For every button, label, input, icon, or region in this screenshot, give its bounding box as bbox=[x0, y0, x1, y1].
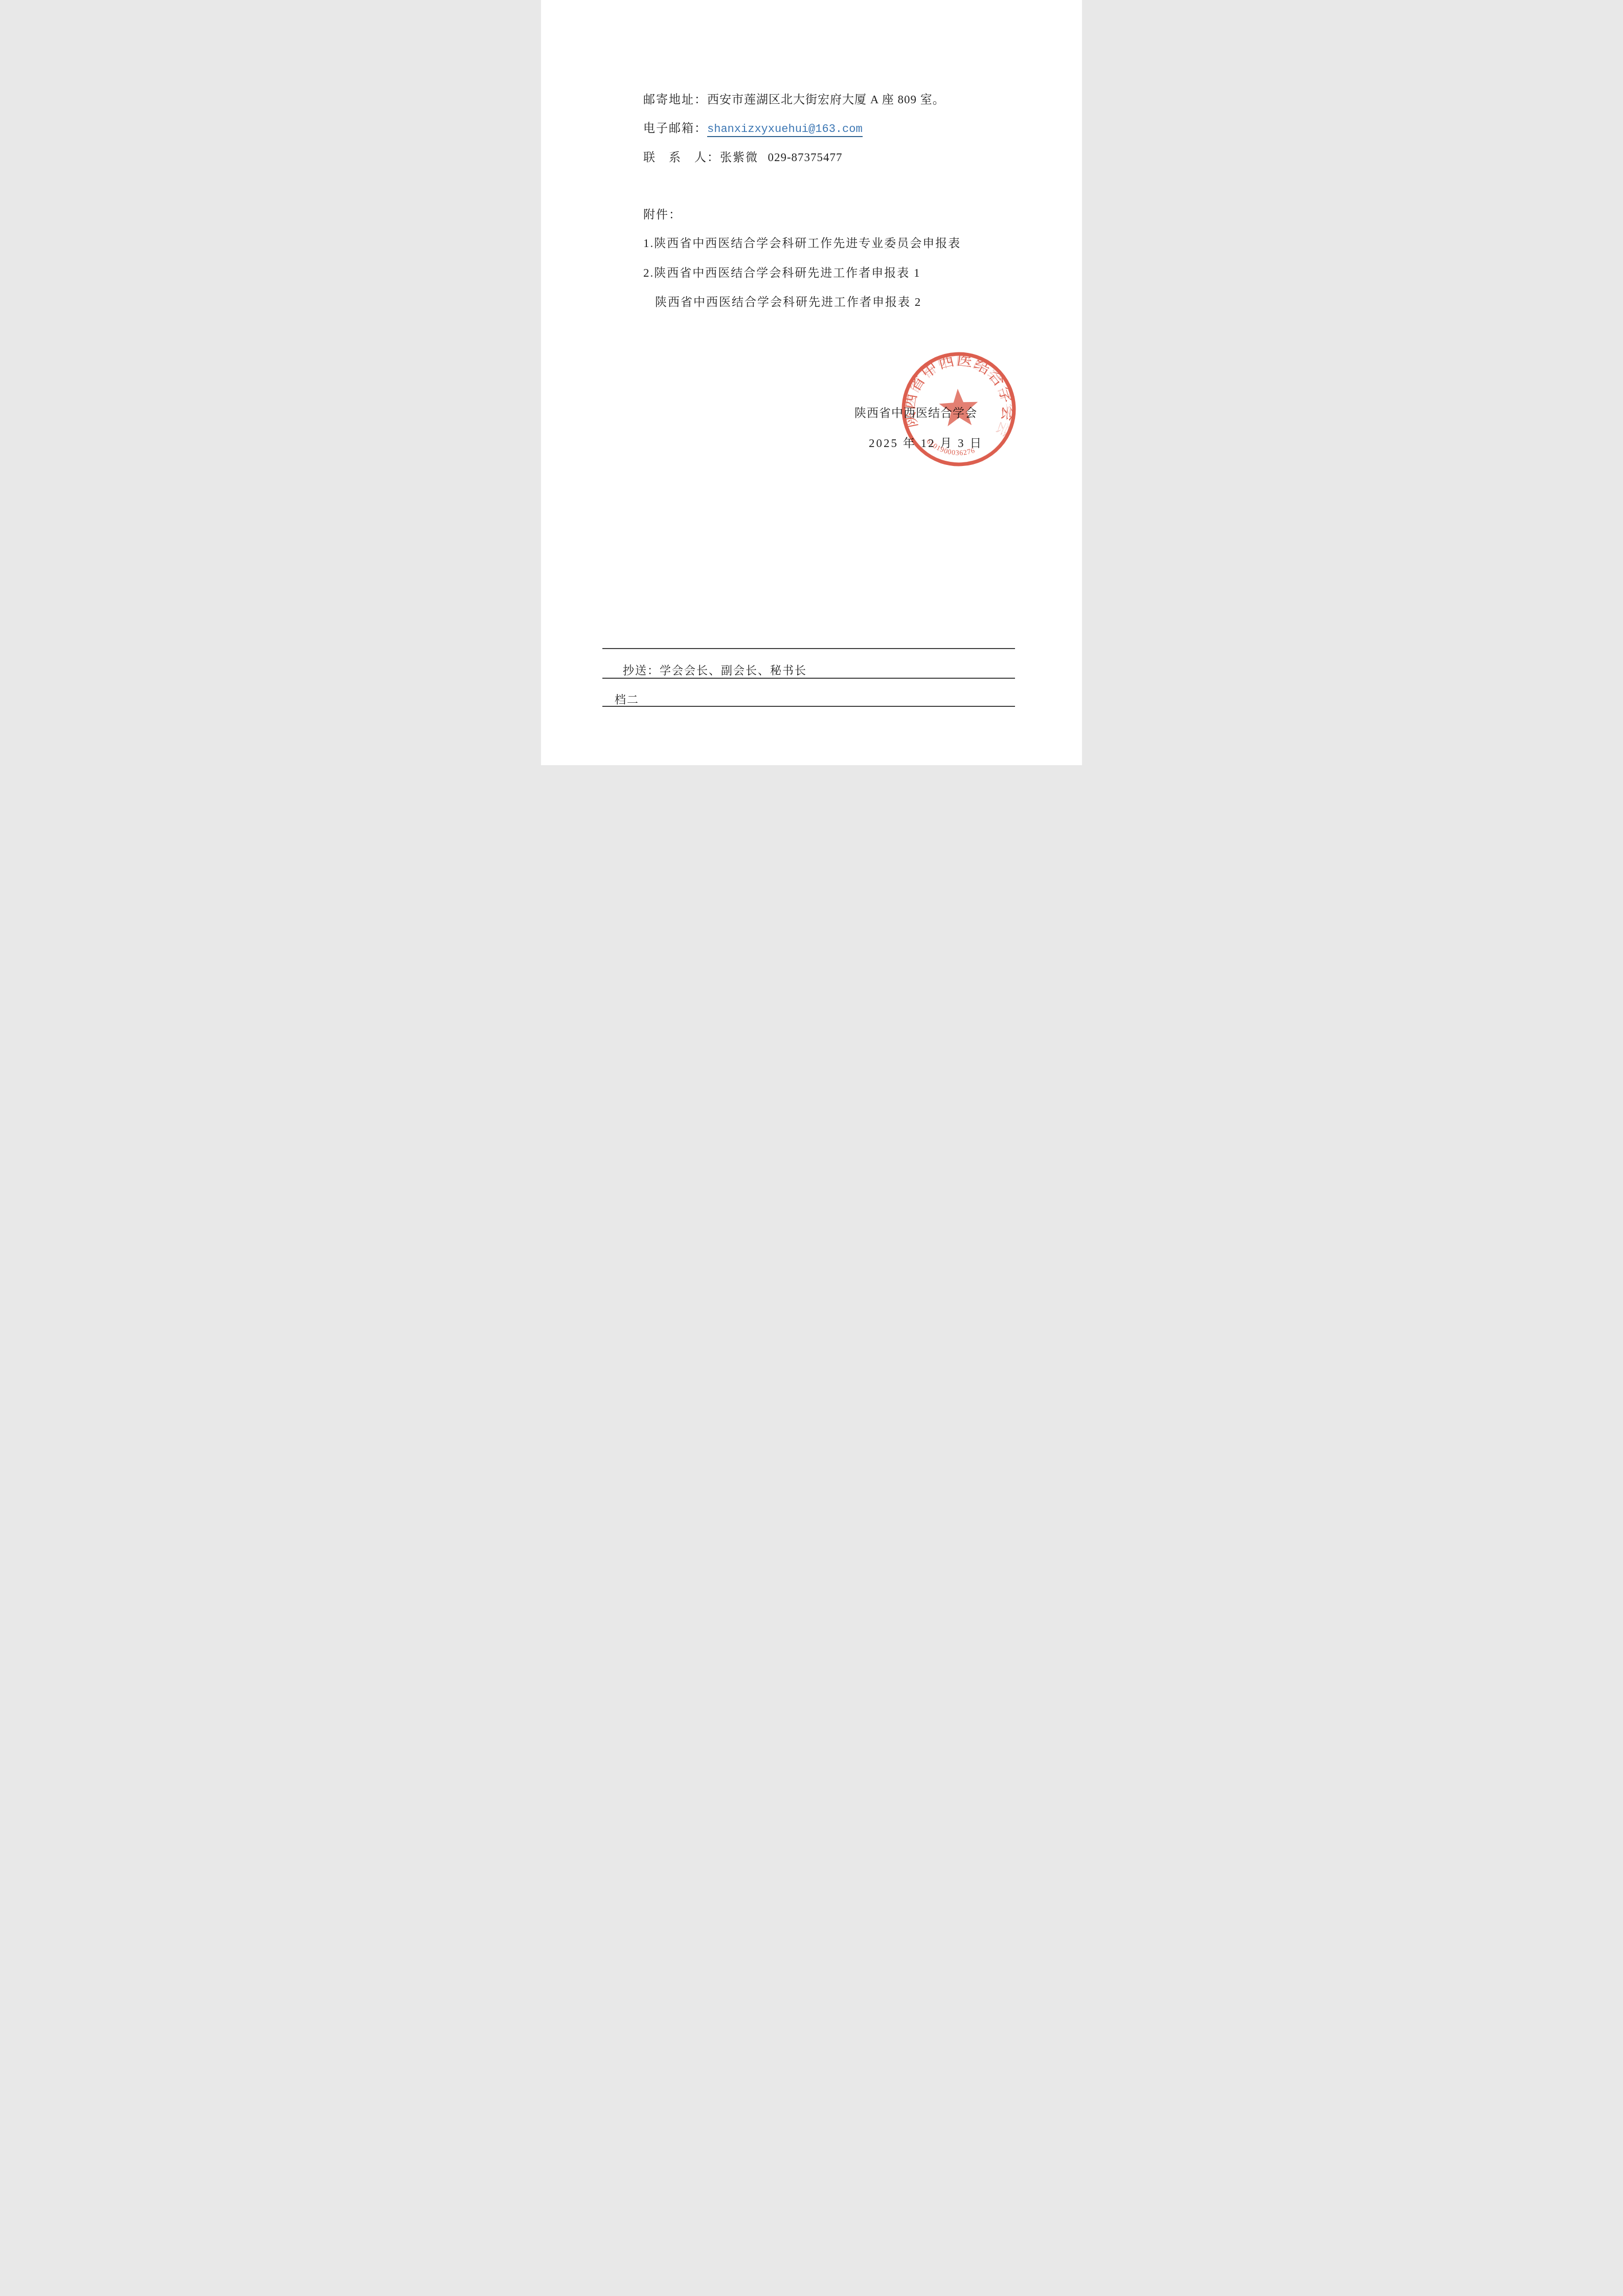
contact-person-label: 联 系 人： bbox=[643, 151, 720, 164]
contact-person-phone: 029-87375477 bbox=[768, 151, 842, 164]
seal-star-icon bbox=[938, 388, 979, 427]
attachment-item: 陕西省中西医结合学会科研先进工作者申报表 2 bbox=[655, 294, 921, 310]
mailing-address-label: 邮寄地址： bbox=[643, 93, 707, 106]
cc-line: 抄送：学会会长、副会长、秘书长 bbox=[623, 662, 807, 678]
email-link[interactable]: shanxizxyxuehui@163.com bbox=[707, 123, 863, 137]
attachment-item: 2.陕西省中西医结合学会科研先进工作者申报表 1 bbox=[643, 265, 921, 281]
email-label: 电子邮箱： bbox=[643, 122, 707, 135]
attachment-item: 1.陕西省中西医结合学会科研工作先进专业委员会申报表 bbox=[643, 235, 961, 251]
contact-person-name: 张紫微 bbox=[720, 151, 758, 164]
official-seal: 陕西省中西医结合学会 陕西省中西医结合学会 6101900036276 bbox=[894, 345, 1023, 474]
email-row: 电子邮箱：shanxizxyxuehui@163.com bbox=[643, 120, 863, 137]
document-page: 邮寄地址：西安市莲湖区北大街宏府大厦 A 座 809 室。 电子邮箱：shanx… bbox=[541, 0, 1082, 765]
footer-rule-bottom bbox=[602, 706, 1015, 707]
archive-note: 档二 bbox=[615, 691, 639, 707]
mailing-address-value: 西安市莲湖区北大街宏府大厦 A 座 809 室。 bbox=[707, 93, 945, 106]
mailing-address-row: 邮寄地址：西安市莲湖区北大街宏府大厦 A 座 809 室。 bbox=[643, 92, 945, 107]
attachments-heading: 附件： bbox=[643, 207, 682, 222]
footer-rule-middle bbox=[602, 678, 1015, 679]
footer-rule-top bbox=[602, 648, 1015, 649]
contact-person-row: 联 系 人：张紫微029-87375477 bbox=[643, 149, 843, 165]
